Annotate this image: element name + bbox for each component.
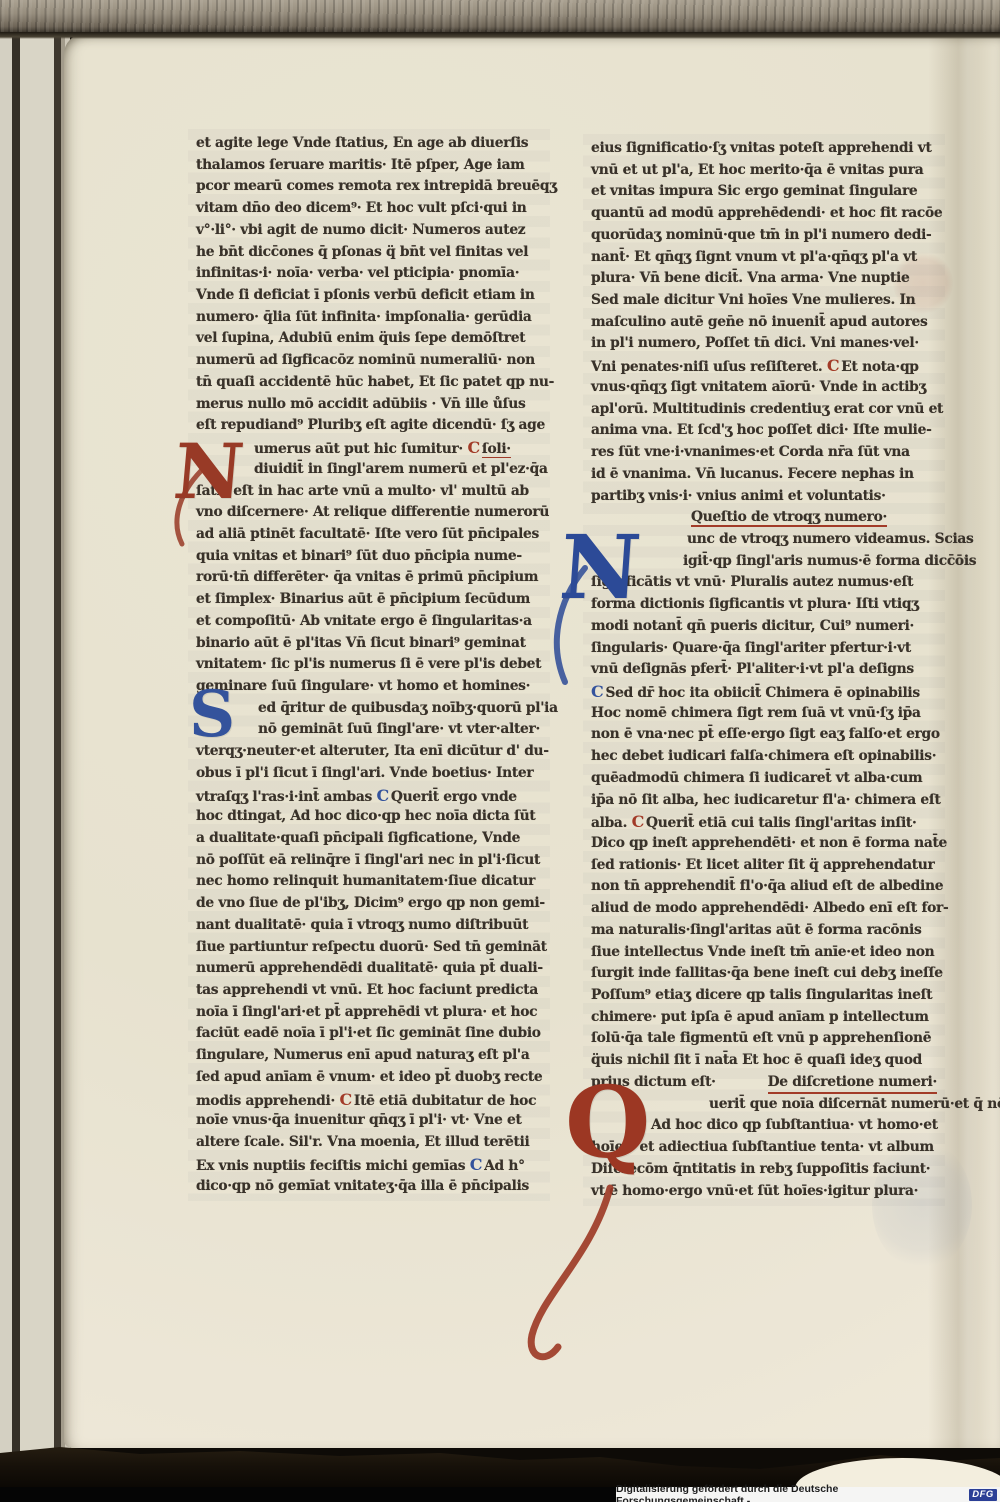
text-line: maſculino autē gen̄e nō inuenit̄ apud au… — [591, 312, 937, 334]
line-text: vno diſcernere· At relique differentie n… — [196, 504, 549, 520]
line-text: quēadmodū chimera ſi iudicaret̄ vt alba·… — [591, 770, 922, 786]
text-line: geminare ſuū ſingulare· vt homo et homin… — [196, 676, 542, 698]
line-text: ma naturalis·ſingl'aritas aūt ē forma ra… — [591, 922, 921, 938]
text-line: ſed rationis· Et licet aliter ſit q̈ app… — [591, 855, 937, 877]
text-line: Poſſum⁹ etiaʒ dicere qp talis ſingularit… — [591, 985, 937, 1007]
text-line: ſignificātis vt vnū· Pluralis autez numu… — [591, 572, 937, 594]
line-text: Sed male dicitur Vni hoīes Vne mulieres.… — [591, 292, 915, 308]
text-line: vterqʒ·neuter·et alteruter, Ita enī dicū… — [196, 741, 542, 763]
line-text: et vnitas impura Sic ergo geminat ſingul… — [591, 183, 917, 199]
line-text: infinitas·i· noīa· verba· vel pticipia· … — [196, 265, 519, 281]
line-text: non tn̄ apprehendit̄ fl'o·q̄a aliud eſt … — [591, 878, 943, 894]
rubric-mark: ſoli· — [482, 441, 511, 458]
line-text: numerū ad ſigficacōz nominū numeraliū· n… — [196, 352, 535, 368]
line-text: eſt repudiand⁹ Pluribʒ eſt agite dicendū… — [196, 417, 545, 433]
line-text: Poſſum⁹ etiaʒ dicere qp talis ſingularit… — [591, 987, 932, 1003]
line-text: Dico qp ineſt apprehendēti· et non ē for… — [591, 835, 947, 851]
text-line: pcor mearū comes remota rex intrepidā br… — [196, 176, 542, 198]
text-line: ſingularis· Quare·q̄a ſingl'ariter pfert… — [591, 638, 937, 660]
text-line: Hoc nomē chimera ſigt rem ſuā vt vnū·ſʒ … — [591, 703, 937, 725]
text-line: Vni penates·niſi uſus reſiſteret. CEt no… — [591, 355, 937, 377]
text-line: partibʒ vnis·i· vnius animi et voluntati… — [591, 486, 937, 508]
line-text: partibʒ vnis·i· vnius animi et voluntati… — [591, 488, 886, 504]
line-text: noīa ī ſingl'ari·et pt̄ apprehēdi vt plu… — [196, 1004, 537, 1020]
text-line: eſt repudiand⁹ Pluribʒ eſt agite dicendū… — [196, 415, 542, 437]
text-line: quēadmodū chimera ſi iudicaret̄ vt alba·… — [591, 768, 937, 790]
text-line: Vnde ſi deficiat ī pſonis verbū deficit … — [196, 285, 542, 307]
text-line: ſed apud anīam ē vnum· et ideo pt̄ duobʒ… — [196, 1067, 542, 1089]
line-text: vnū et ut pl'a, Et hoc merito·q̄a ē vnit… — [591, 162, 923, 178]
text-line: noīe vnus·q̄a inuenitur qn̄qʒ ī pl'i· vt… — [196, 1110, 542, 1132]
text-line: nant dualitatē· quia ī vtroqʒ numo diſtr… — [196, 915, 542, 937]
text-line: hec debet iudicari falſa·chimera eſt opi… — [591, 746, 937, 768]
text-line: ſatis eſt in hac arte vnū a multo· vl' m… — [196, 481, 542, 503]
line-text: tas apprehendi vt vnū. Et hoc faciunt pr… — [196, 982, 538, 998]
line-text: binario aūt ē pl'itas Vn̄ ſicut binari⁹ … — [196, 635, 526, 651]
text-line: Sed male dicitur Vni hoīes Vne mulieres.… — [591, 290, 937, 312]
line-text: faciūt eadē noīa ī pl'i·et ſic gemināt ſ… — [196, 1025, 541, 1041]
text-line: umerus aūt put hic ſumitur· Cſoli· — [196, 437, 542, 459]
text-line: Dico qp ineſt apprehendēti· et non ē for… — [591, 833, 937, 855]
line-text: he bn̄t dicc̄ones q̄ pſonas q̈ bn̄t vel … — [196, 244, 528, 260]
line-text: ſiue intellectus Vnde ineſt tm̄ anīe·et … — [591, 944, 934, 960]
text-line: res ſūt vne·i·vnanimes·et Corda nr̄a ſūt… — [591, 442, 937, 464]
text-line: ſiue partiuntur reſpectu duorū· Sed tn̄ … — [196, 937, 542, 959]
rubric-mark: C — [467, 438, 481, 457]
line-text: Ad hoc dico qp ſubſtantiua· vt homo·et — [651, 1117, 938, 1133]
line-text: igit̄·qp ſingl'aris numus·ē forma dicc̄ō… — [683, 553, 976, 569]
text-line: forma dictionis ſigficantis vt plura· Iſ… — [591, 594, 937, 616]
line-text: anima vna. Et ſcd'ʒ hoc poſſet dici· Iſt… — [591, 422, 932, 438]
line-text: uerit̄ que noīa diſcernāt numerū·et q̄ n… — [709, 1096, 1000, 1112]
text-line: in pl'i numero, Poſſet tn̄ dici. Vni man… — [591, 333, 937, 355]
book-top-edge — [0, 0, 1000, 34]
text-line: et agite lege Vnde ſtatius, En age ab di… — [196, 133, 542, 155]
line-text: eius ſignificatio·ſʒ vnitas poteſt appre… — [591, 140, 932, 156]
line-text: diuidit̄ in ſingl'arem numerū et pl'ez·q… — [254, 461, 548, 477]
line-text: geminare ſuū ſingulare· vt homo et homin… — [196, 678, 530, 694]
text-line: et vnitas impura Sic ergo geminat ſingul… — [591, 181, 937, 203]
text-line: tn̄ quaſi accidentē hūc habet, Et ſic pa… — [196, 372, 542, 394]
line-text: non ē vna·nec pt̄ eſſe·ergo ſigt eaʒ fal… — [591, 726, 940, 742]
dfg-logo: DFG — [969, 1489, 997, 1501]
line-text: a dualitate·quaſi pn̄cipali ſigficatione… — [196, 830, 520, 846]
text-line: non ē vna·nec pt̄ eſſe·ergo ſigt eaʒ fal… — [591, 724, 937, 746]
rubric-mark: De diſcretione numeri· — [768, 1072, 937, 1094]
text-line: nec homo relinquit humanitatem·ſiue dica… — [196, 871, 542, 893]
text-line: ſiue intellectus Vnde ineſt tm̄ anīe·et … — [591, 942, 937, 964]
line-text: ſolū·q̄a tale figmentū eſt vnū p apprehe… — [591, 1030, 931, 1046]
line-text: plura· Vn̄ bene dicit̄. Vna arma· Vne nu… — [591, 270, 909, 286]
credit-strip: Digitalisierung gefördert durch die Deut… — [616, 1487, 1000, 1502]
line-text: modi notant̄ qn̄ pueris dicitur, Cui⁹ nu… — [591, 618, 914, 634]
line-text: Et nota·qp — [841, 359, 918, 375]
line-text: nant̄· Et qn̄qʒ ſignt vnum vt pl'a·qn̄qʒ… — [591, 249, 917, 265]
line-text: aliud de modo apprehendēdi· Albedo enī e… — [591, 900, 948, 916]
line-text: vel ſupina, Adubiū enim q̈uis ſepe demōſ… — [196, 330, 525, 346]
text-line: he bn̄t dicc̄ones q̄ pſonas q̈ bn̄t vel … — [196, 242, 542, 264]
line-text: ſingularis· Quare·q̄a ſingl'ariter pfert… — [591, 640, 911, 656]
text-line: vnitatem· ſic pl'is numerus ſi ē vere pl… — [196, 654, 542, 676]
text-line: vtraſqʒ l'ras·i·int̄ ambas CQuerit̄ ergo… — [196, 785, 542, 807]
text-line: v°·li°· vbi agit de numo dicit· Numeros … — [196, 220, 542, 242]
text-line: vnus·qn̄qʒ ſigt vnitatem aīorū· Vnde in … — [591, 377, 937, 399]
line-text: et ſimplex· Binarius aūt ē pn̄cipium ſec… — [196, 591, 530, 607]
rubric-mark: C — [632, 812, 646, 831]
line-text: chimere· put ipſa ē apud anīam p intelle… — [591, 1009, 929, 1025]
text-line: faciūt eadē noīa ī pl'i·et ſic gemināt ſ… — [196, 1023, 542, 1045]
line-text: vtraſqʒ l'ras·i·int̄ ambas — [196, 789, 376, 805]
text-line: nō poſſūt eā relinq̄re ī ſingl'ari nec i… — [196, 850, 542, 872]
text-line: modi notant̄ qn̄ pueris dicitur, Cui⁹ nu… — [591, 616, 937, 638]
rubric-mark: C — [339, 1090, 353, 1109]
text-line: numerū apprehendēdi dualitatē· quia pt̄ … — [196, 958, 542, 980]
text-line: modis apprehendi· CItē etiā dubitatur de… — [196, 1089, 542, 1111]
text-line: igit̄·qp ſingl'aris numus·ē forma dicc̄ō… — [591, 551, 937, 573]
line-text: vnitatem· ſic pl'is numerus ſi ē vere pl… — [196, 656, 541, 672]
line-text: nō poſſūt eā relinq̄re ī ſingl'ari nec i… — [196, 852, 540, 868]
line-text: ſingulare, Numerus enī apud naturaʒ eſt … — [196, 1047, 530, 1063]
line-text: forma dictionis ſigficantis vt plura· Iſ… — [591, 596, 919, 612]
text-column-left: et agite lege Vnde ſtatius, En age ab di… — [196, 133, 542, 1197]
text-line: ma naturalis·ſingl'aritas aūt ē forma ra… — [591, 920, 937, 942]
line-text: umerus aūt put hic ſumitur· — [254, 441, 467, 457]
text-line: infinitas·i· noīa· verba· vel pticipia· … — [196, 263, 542, 285]
text-line: obus ī pl'i ſicut ī ſingl'ari. Vnde boet… — [196, 763, 542, 785]
line-text: Querit̄ ergo vnde — [391, 789, 517, 805]
illuminated-initial-n-red: N — [171, 438, 246, 506]
text-line: diuidit̄ in ſingl'arem numerū et pl'ez·q… — [196, 459, 542, 481]
page-stack-edges — [0, 30, 70, 1460]
digitization-credit-bar: Digitalisierung gefördert durch die Deut… — [0, 1487, 1000, 1502]
text-line: quorūdaʒ nominū·que tm̄ in pl'i numero d… — [591, 225, 937, 247]
text-line: chimere· put ipſa ē apud anīam p intelle… — [591, 1007, 937, 1029]
text-line: tas apprehendi vt vnū. Et hoc faciunt pr… — [196, 980, 542, 1002]
line-text: id ē vnanima. Vn̄ lucanus. Fecere nephas… — [591, 466, 914, 482]
text-line: de vno ſiue de pl'ibʒ, Dicim⁹ ergo qp no… — [196, 893, 542, 915]
line-text: ſatis eſt in hac arte vnū a multo· vl' m… — [196, 483, 529, 499]
line-text: res ſūt vne·i·vnanimes·et Corda nr̄a ſūt… — [591, 444, 910, 460]
rubric-mark: Queſtio de vtroqʒ numero· — [691, 509, 887, 527]
line-text: Querit̄ etiā cui talis ſingl'aritas inſi… — [646, 815, 916, 831]
book-top-seam — [0, 32, 1000, 39]
line-text: Itē etiā dubitatur de hoc — [354, 1093, 536, 1109]
line-text: hec debet iudicari falſa·chimera eſt opi… — [591, 748, 936, 764]
illuminated-initial-q-red: Q — [565, 1080, 650, 1168]
line-text: merus nullo mō accidit adūbiis · Vn̄ ill… — [196, 396, 525, 412]
text-line: ad aliā ptinēt facultatē· Iſte vero ſūt … — [196, 524, 542, 546]
line-text: quantū ad modū apprehēdendi· et hoc fit … — [591, 205, 942, 221]
line-text: quia vnitas et binari⁹ ſūt duo pn̄cipia … — [196, 548, 522, 564]
line-text: tn̄ quaſi accidentē hūc habet, Et ſic pa… — [196, 374, 554, 390]
illuminated-initial-s-blue: S — [189, 686, 235, 744]
text-line: CSed dr̄ hoc ita obiicit̄ Chimera ē opin… — [591, 681, 937, 703]
line-text: de vno ſiue de pl'ibʒ, Dicim⁹ ergo qp no… — [196, 895, 545, 911]
line-text: Vni penates·niſi uſus reſiſteret. — [591, 359, 827, 375]
rubric-mark: C — [827, 356, 841, 375]
line-text: modis apprehendi· — [196, 1093, 339, 1109]
text-line: ſolū·q̄a tale figmentū eſt vnū p apprehe… — [591, 1028, 937, 1050]
text-column-right: eius ſignificatio·ſʒ vnitas poteſt appre… — [591, 138, 937, 1202]
initial-q-flourish — [470, 1150, 670, 1370]
line-text: quorūdaʒ nominū·que tm̄ in pl'i numero d… — [591, 227, 931, 243]
text-line: merus nullo mō accidit adūbiis · Vn̄ ill… — [196, 394, 542, 416]
text-line: ip̄a nō ſit alba, hec iudicaretur fl'a· … — [591, 790, 937, 812]
line-text: rorū·tn̄ differēter· q̄a vnitas ē primū … — [196, 569, 538, 585]
line-text: alba. — [591, 815, 632, 831]
line-text: ſiue partiuntur reſpectu duorū· Sed tn̄ … — [196, 939, 547, 955]
line-text: et compoſitū· Ab vnitate ergo ē ſingular… — [196, 613, 532, 629]
credit-text: Digitalisierung gefördert durch die Deut… — [616, 1483, 964, 1502]
line-text: vnus·qn̄qʒ ſigt vnitatem aīorū· Vnde in … — [591, 379, 926, 395]
line-text: vitam dn̄o deo dicem⁹· Et hoc vult pſci·… — [196, 200, 527, 216]
text-line: et compoſitū· Ab vnitate ergo ē ſingular… — [196, 611, 542, 633]
line-text: in pl'i numero, Poſſet tn̄ dici. Vni man… — [591, 335, 919, 351]
line-text: altere ſcale. Sil'r. Vna moenia, Et illu… — [196, 1134, 530, 1150]
line-text: ſed apud anīam ē vnum· et ideo pt̄ duobʒ… — [196, 1069, 542, 1085]
text-line: nō gemināt ſuū ſingl'are· vt vter·alter· — [196, 719, 542, 741]
text-line: rorū·tn̄ differēter· q̄a vnitas ē primū … — [196, 567, 542, 589]
line-text: hoc dtingat, Ad hoc dico·qp hec noīa dic… — [196, 808, 535, 824]
text-line: ſurgit inde fallitas·q̄a bene ineſt cui … — [591, 963, 937, 985]
line-text: ad aliā ptinēt facultatē· Iſte vero ſūt … — [196, 526, 539, 542]
illuminated-initial-n-blue: N — [557, 528, 643, 607]
line-text: unc de vtroqʒ numero videamus. Scias — [687, 531, 974, 547]
text-line: nant̄· Et qn̄qʒ ſignt vnum vt pl'a·qn̄qʒ… — [591, 247, 937, 269]
text-line: non tn̄ apprehendit̄ fl'o·q̄a aliud eſt … — [591, 876, 937, 898]
text-line: thalamos ſeruare maritis· Itē pſper, Age… — [196, 155, 542, 177]
line-text: vnū deſignās pfert̄· Pl'aliter·i·vt pl'a… — [591, 661, 914, 677]
line-text: obus ī pl'i ſicut ī ſingl'ari. Vnde boet… — [196, 765, 533, 781]
text-line: numerū ad ſigficacōz nominū numeraliū· n… — [196, 350, 542, 372]
text-line: vel ſupina, Adubiū enim q̈uis ſepe demōſ… — [196, 328, 542, 350]
line-text: nec homo relinquit humanitatem·ſiue dica… — [196, 873, 535, 889]
line-text: Vnde ſi deficiat ī pſonis verbū deficit … — [196, 287, 535, 303]
text-line: hoc dtingat, Ad hoc dico·qp hec noīa dic… — [196, 806, 542, 828]
text-line: vnū deſignās pfert̄· Pl'aliter·i·vt pl'a… — [591, 659, 937, 681]
line-text: nō gemināt ſuū ſingl'are· vt vter·alter· — [258, 721, 540, 737]
line-text: vterqʒ·neuter·et alteruter, Ita enī dicū… — [196, 743, 549, 759]
text-line: quantū ad modū apprehēdendi· et hoc fit … — [591, 203, 937, 225]
line-text: Ex vnis nuptiis feciſtis michi gemīas — [196, 1158, 470, 1174]
line-text: ſurgit inde fallitas·q̄a bene ineſt cui … — [591, 965, 943, 981]
line-text: Hoc nomē chimera ſigt rem ſuā vt vnū·ſʒ … — [591, 705, 921, 721]
text-line: vitam dn̄o deo dicem⁹· Et hoc vult pſci·… — [196, 198, 542, 220]
text-line: plura· Vn̄ bene dicit̄. Vna arma· Vne nu… — [591, 268, 937, 290]
line-text: pcor mearū comes remota rex intrepidā br… — [196, 178, 557, 194]
rubric-mark: C — [376, 786, 390, 805]
line-text: v°·li°· vbi agit de numo dicit· Numeros … — [196, 222, 525, 238]
text-line: anima vna. Et ſcd'ʒ hoc poſſet dici· Iſt… — [591, 420, 937, 442]
text-line: quia vnitas et binari⁹ ſūt duo pn̄cipia … — [196, 546, 542, 568]
line-text: numerū apprehendēdi dualitatē· quia pt̄ … — [196, 960, 543, 976]
text-line: numero· q̄lia ſūt infinita· impſonalia· … — [196, 307, 542, 329]
line-text: ſed rationis· Et licet aliter ſit q̈ app… — [591, 857, 935, 873]
text-line: et ſimplex· Binarius aūt ē pn̄cipium ſec… — [196, 589, 542, 611]
line-text: ed q̄ritur de quibusdaʒ noībʒ·quorū pl'i… — [258, 700, 558, 716]
text-line: noīa ī ſingl'ari·et pt̄ apprehēdi vt plu… — [196, 1002, 542, 1024]
text-line: vnū et ut pl'a, Et hoc merito·q̄a ē vnit… — [591, 160, 937, 182]
text-line: ſingulare, Numerus enī apud naturaʒ eſt … — [196, 1045, 542, 1067]
line-text: maſculino autē gen̄e nō inuenit̄ apud au… — [591, 314, 927, 330]
text-line: binario aūt ē pl'itas Vn̄ ſicut binari⁹ … — [196, 633, 542, 655]
text-line: ed q̄ritur de quibusdaʒ noībʒ·quorū pl'i… — [196, 698, 542, 720]
line-text: ip̄a nō ſit alba, hec iudicaretur fl'a· … — [591, 792, 941, 808]
text-line: aliud de modo apprehendēdi· Albedo enī e… — [591, 898, 937, 920]
text-line: alba. CQuerit̄ etiā cui talis ſingl'arit… — [591, 811, 937, 833]
text-line: apl'orū. Multitudinis credentiuʒ erat co… — [591, 399, 937, 421]
text-line: id ē vnanima. Vn̄ lucanus. Fecere nephas… — [591, 464, 937, 486]
line-text: noīe vnus·q̄a inuenitur qn̄qʒ ī pl'i· vt… — [196, 1112, 522, 1128]
line-text: Sed dr̄ hoc ita obiicit̄ Chimera ē opina… — [605, 685, 919, 701]
text-line: vno diſcernere· At relique differentie n… — [196, 502, 542, 524]
line-text: et agite lege Vnde ſtatius, En age ab di… — [196, 135, 528, 151]
line-text: apl'orū. Multitudinis credentiuʒ erat co… — [591, 401, 943, 417]
text-line: a dualitate·quaſi pn̄cipali ſigficatione… — [196, 828, 542, 850]
manuscript-scan: et agite lege Vnde ſtatius, En age ab di… — [0, 0, 1000, 1502]
line-text: thalamos ſeruare maritis· Itē pſper, Age… — [196, 157, 525, 173]
line-text: nant dualitatē· quia ī vtroqʒ numo diſtr… — [196, 917, 528, 933]
line-text: numero· q̄lia ſūt infinita· impſonalia· … — [196, 309, 532, 325]
text-line: eius ſignificatio·ſʒ vnitas poteſt appre… — [591, 138, 937, 160]
